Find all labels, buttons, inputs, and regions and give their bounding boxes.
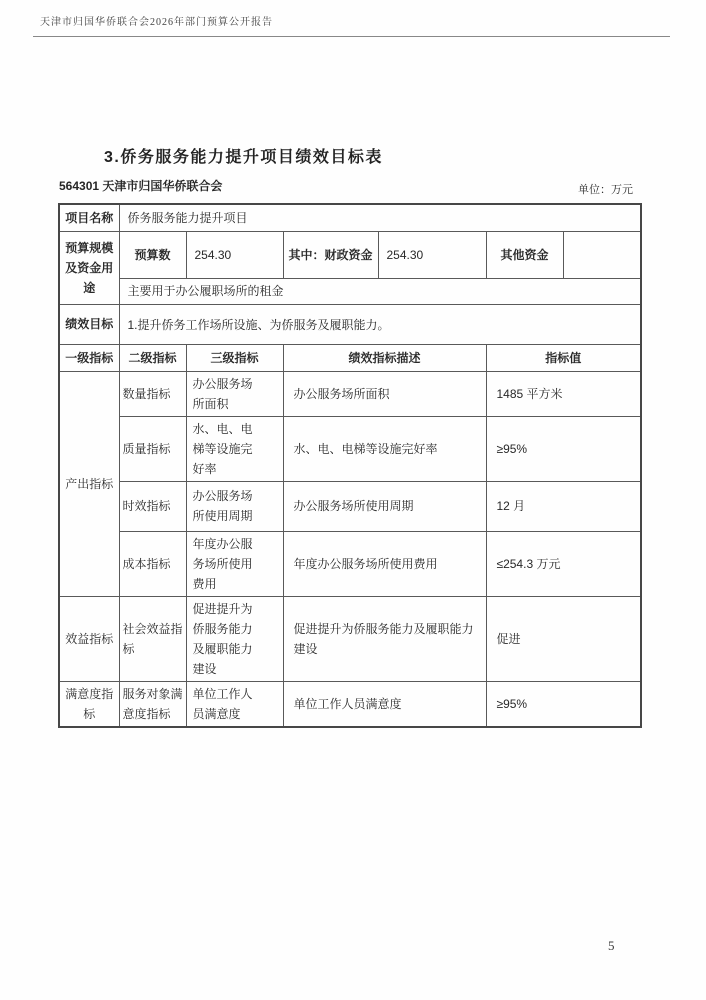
level2-cell: 社会效益指标 [119, 596, 186, 681]
budget-label: 预算数 [119, 231, 186, 278]
header-description: 绩效指标描述 [283, 344, 486, 371]
level2-cell: 质量指标 [119, 416, 186, 481]
header-level3: 三级指标 [186, 344, 283, 371]
project-name-row: 项目名称 侨务服务能力提升项目 [59, 204, 641, 231]
level3-cell: 办公服务场所使用周期 [186, 481, 283, 531]
level2-cell: 成本指标 [119, 531, 186, 596]
value-cell: ≥95% [486, 681, 641, 727]
value-cell: ≥95% [486, 416, 641, 481]
indicator-row-timeliness: 时效指标 办公服务场所使用周期 办公服务场所使用周期 12 月 [59, 481, 641, 531]
level3-cell: 水、电、电梯等设施完好率 [186, 416, 283, 481]
header-divider [33, 36, 670, 37]
indicator-header-row: 一级指标 二级指标 三级指标 绩效指标描述 指标值 [59, 344, 641, 371]
other-funds-value [563, 231, 641, 278]
fiscal-funds-label: 其中：财政资金 [283, 231, 378, 278]
level2-cell: 时效指标 [119, 481, 186, 531]
project-name-label: 项目名称 [59, 204, 119, 231]
level2-cell: 服务对象满意度指标 [119, 681, 186, 727]
description-cell: 促进提升为侨服务能力及履职能力建设 [283, 596, 486, 681]
indicator-row-quality: 质量指标 水、电、电梯等设施完好率 水、电、电梯等设施完好率 ≥95% [59, 416, 641, 481]
level1-benefit: 效益指标 [59, 596, 119, 681]
goal-label: 绩效目标 [59, 304, 119, 344]
value-cell: 1485 平方米 [486, 371, 641, 416]
description-cell: 办公服务场所面积 [283, 371, 486, 416]
performance-target-table: 项目名称 侨务服务能力提升项目 预算规模及资金用途 预算数 254.30 其中：… [58, 203, 642, 728]
description-cell: 办公服务场所使用周期 [283, 481, 486, 531]
usage-text: 主要用于办公履职场所的租金 [119, 278, 641, 304]
indicator-row-benefit: 效益指标 社会效益指标 促进提升为侨服务能力及履职能力建设 促进提升为侨服务能力… [59, 596, 641, 681]
level2-cell: 数量指标 [119, 371, 186, 416]
description-cell: 单位工作人员满意度 [283, 681, 486, 727]
project-name-value: 侨务服务能力提升项目 [119, 204, 641, 231]
level3-cell: 年度办公服务场所使用费用 [186, 531, 283, 596]
value-cell: 促进 [486, 596, 641, 681]
header-level1: 一级指标 [59, 344, 119, 371]
page-title: 3.侨务服务能力提升项目绩效目标表 [104, 144, 383, 167]
other-funds-label: 其他资金 [486, 231, 563, 278]
indicator-row-cost: 成本指标 年度办公服务场所使用费用 年度办公服务场所使用费用 ≤254.3 万元 [59, 531, 641, 596]
value-cell: ≤254.3 万元 [486, 531, 641, 596]
budget-row: 预算规模及资金用途 预算数 254.30 其中：财政资金 254.30 其他资金 [59, 231, 641, 278]
usage-row: 主要用于办公履职场所的租金 [59, 278, 641, 304]
level3-cell: 单位工作人员满意度 [186, 681, 283, 727]
fiscal-funds-value: 254.30 [378, 231, 486, 278]
level1-satisfaction: 满意度指标 [59, 681, 119, 727]
organization-line: 564301 天津市归国华侨联合会 [59, 177, 222, 194]
document-page: 天津市归国华侨联合会2026年部门预算公开报告 3.侨务服务能力提升项目绩效目标… [0, 0, 706, 1000]
goal-text: 1.提升侨务工作场所设施、为侨服务及履职能力。 [119, 304, 641, 344]
header-level2: 二级指标 [119, 344, 186, 371]
description-cell: 年度办公服务场所使用费用 [283, 531, 486, 596]
unit-label: 单位：万元 [578, 181, 633, 197]
level1-output: 产出指标 [59, 371, 119, 596]
value-cell: 12 月 [486, 481, 641, 531]
header-value: 指标值 [486, 344, 641, 371]
description-cell: 水、电、电梯等设施完好率 [283, 416, 486, 481]
goal-row: 绩效目标 1.提升侨务工作场所设施、为侨服务及履职能力。 [59, 304, 641, 344]
indicator-row-quantity: 产出指标 数量指标 办公服务场所面积 办公服务场所面积 1485 平方米 [59, 371, 641, 416]
level3-cell: 促进提升为侨服务能力及履职能力建设 [186, 596, 283, 681]
budget-value: 254.30 [186, 231, 283, 278]
budget-section-label: 预算规模及资金用途 [59, 231, 119, 304]
indicator-row-satisfaction: 满意度指标 服务对象满意度指标 单位工作人员满意度 单位工作人员满意度 ≥95% [59, 681, 641, 727]
page-number: 5 [608, 938, 615, 954]
level3-cell: 办公服务场所面积 [186, 371, 283, 416]
report-header: 天津市归国华侨联合会2026年部门预算公开报告 [40, 13, 273, 28]
